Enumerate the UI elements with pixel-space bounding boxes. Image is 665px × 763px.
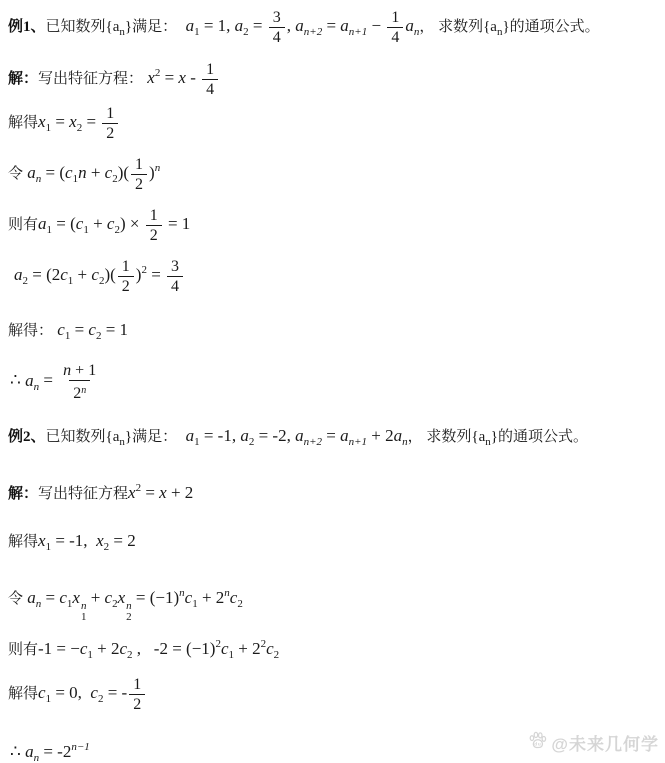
math-op: ) ×: [120, 214, 144, 233]
superscript: n: [155, 162, 161, 174]
text-run: }满足：: [125, 19, 177, 35]
math-op: =: [39, 371, 57, 390]
math-op: =: [51, 112, 69, 131]
text-run: 写出特征方程: [38, 486, 128, 502]
text-run-bold: 解：: [8, 71, 38, 87]
math-op: -: [186, 68, 200, 87]
math-op: )(: [104, 265, 115, 284]
svg-text:du: du: [535, 741, 542, 747]
fraction-numerator: 1: [102, 104, 118, 123]
superscript: n: [81, 385, 86, 396]
math-op: 1: [106, 105, 114, 122]
math-op: 1: [122, 258, 130, 275]
math-op: = -2: [39, 742, 71, 761]
math-op: 2: [135, 176, 143, 193]
math-op: =: [322, 426, 340, 445]
text-run: ， 求数列{a: [419, 19, 497, 35]
math-op: = 0,: [51, 683, 90, 702]
text-run: 则有: [8, 217, 38, 233]
math-op: 1: [133, 676, 141, 693]
math-op: −: [367, 16, 385, 35]
math-op: , -2 = (−1): [133, 639, 216, 658]
math-var-sub: c2: [105, 590, 118, 607]
fraction-numerator: n + 1: [59, 361, 100, 380]
math-op: 1: [206, 61, 214, 78]
text-run-bold: 解：: [8, 486, 38, 502]
math-var-sub: a1: [186, 18, 200, 35]
math-op: + 1: [71, 362, 96, 379]
ex2-result: ∴ an = -2n−1: [10, 735, 90, 763]
fraction-denominator: 2n: [69, 380, 90, 403]
math-var-sub: an+2: [295, 428, 322, 445]
fraction-denominator: 2: [131, 174, 147, 194]
math-op: [177, 16, 186, 35]
math-var: n: [63, 362, 71, 379]
math-var-sub: c1: [76, 216, 89, 233]
math-var-sub: a2: [240, 428, 254, 445]
math-op: +: [73, 265, 91, 284]
math-op: + 2: [367, 426, 394, 445]
ex1-step-constants: 解得： c1 = c2 = 1: [8, 318, 128, 348]
math-var: n: [78, 163, 87, 182]
math-op: = 2: [109, 531, 136, 550]
fraction: 12: [146, 206, 162, 245]
math-op: =: [82, 112, 100, 131]
math-op: =: [147, 265, 165, 284]
math-op: +: [87, 163, 105, 182]
math-var: x: [178, 68, 186, 87]
text-run-bold: 例2、: [8, 429, 46, 445]
math-op: 1: [391, 9, 399, 26]
math-var-sub: c1: [57, 322, 70, 339]
math-var-sub: c1: [185, 590, 198, 607]
fraction-numerator: 1: [146, 206, 162, 225]
math-op: = 1,: [200, 16, 235, 35]
fraction-denominator: 4: [269, 27, 285, 47]
text-run: 令: [8, 591, 23, 607]
math-var-sub: x1: [38, 533, 51, 550]
math-op: ∴: [10, 371, 25, 390]
math-op: -1 = −: [38, 639, 80, 658]
math-var-sub: an: [405, 18, 419, 35]
ex2-title: 例2、已知数列{an}满足： a1 = -1, a2 = -2, an+2 = …: [8, 424, 588, 454]
fraction-denominator: 4: [202, 79, 218, 99]
text-run: }满足：: [125, 429, 177, 445]
math-op: =: [70, 320, 88, 339]
math-op: = (−1): [132, 588, 180, 607]
fraction-numerator: 3: [167, 257, 183, 276]
math-var-sub: an+1: [340, 18, 367, 35]
math-op: 2: [122, 278, 130, 295]
math-var-sub: x2: [69, 114, 82, 131]
math-op: + 2: [198, 588, 225, 607]
math-var-sup: x2: [128, 485, 141, 502]
math-op: 4: [171, 278, 179, 295]
math-var-sub: c2: [90, 685, 103, 702]
math-op: = -: [103, 683, 127, 702]
ex2-step-equations: 则有-1 = −c1 + 2c2 , -2 = (−1)2c1 + 22c2: [8, 632, 279, 667]
math-var-sub: c2: [120, 641, 133, 658]
ex1-step-a1-equation: 则有a1 = (c1 + c2) × 12 = 1: [8, 206, 190, 245]
text-run: }的通项公式。: [491, 429, 588, 445]
math-var-sub: c2: [105, 165, 118, 182]
math-op: = (: [52, 214, 76, 233]
math-op: 4: [206, 81, 214, 98]
text-run: 则有: [8, 642, 38, 658]
watermark-text: @未来几何学: [551, 730, 659, 755]
math-var-sub: c2: [91, 267, 104, 284]
math-op: =: [322, 16, 340, 35]
math-op: + 2: [234, 639, 261, 658]
math-var-sub: c1: [60, 267, 73, 284]
math-op: 2: [133, 696, 141, 713]
text-run: 已知数列{a: [46, 19, 120, 35]
math-var-sub: c2: [107, 216, 120, 233]
fraction: 14: [202, 60, 218, 99]
text-run: }的通项公式。: [502, 19, 599, 35]
text-run: 解得：: [8, 323, 53, 339]
fraction: 34: [167, 257, 183, 296]
subscript: 2: [274, 649, 280, 661]
fraction-denominator: 2: [118, 276, 134, 296]
subscript: 2: [126, 612, 132, 622]
math-op: = -2,: [254, 426, 295, 445]
math-op: = 1: [164, 214, 191, 233]
watermark: du @未来几何学: [528, 730, 659, 755]
math-var-sub: an+1: [340, 428, 367, 445]
fraction-denominator: 2: [129, 694, 145, 714]
text-run: 解得: [8, 686, 38, 702]
text-run: ， 求数列{a: [408, 429, 486, 445]
math-op: = -1,: [51, 531, 96, 550]
fraction-numerator: 1: [387, 8, 403, 27]
fraction-numerator: 1: [129, 675, 145, 694]
math-op: )(: [118, 163, 129, 182]
math-op: [177, 426, 186, 445]
math-var-supsub: xn2: [118, 590, 132, 607]
fraction-numerator: 1: [202, 60, 218, 79]
text-run: 解得: [8, 534, 38, 550]
ex2-step-constants: 解得c1 = 0, c2 = -12: [8, 675, 147, 714]
math-var-sub: an: [27, 165, 41, 182]
text-run-bold: 例1、: [8, 19, 46, 35]
document-page: 例1、已知数列{an}满足： a1 = 1, a2 = 34, an+2 = a…: [0, 0, 665, 763]
baidu-paw-icon: du: [528, 731, 547, 755]
math-var-sub: x1: [38, 114, 51, 131]
fraction: 14: [387, 8, 403, 47]
math-var-sub: c1: [221, 641, 234, 658]
math-var-sub: a1: [38, 216, 52, 233]
fraction: 34: [269, 8, 285, 47]
subscript: n+1: [349, 436, 367, 448]
ex2-step-general-form: 令 an = c1xn1 + c2xn2 = (−1)nc1 + 2nc2: [8, 581, 243, 622]
math-op: +: [86, 588, 104, 607]
ex1-result: ∴ an = n + 12n: [10, 361, 102, 403]
fraction-denominator: 2: [102, 123, 118, 143]
math-op: +: [89, 214, 107, 233]
math-var-sub: a1: [186, 428, 200, 445]
fraction-denominator: 4: [167, 276, 183, 296]
math-op: + 2: [93, 639, 120, 658]
subscript: n+2: [304, 26, 322, 38]
subscript: 1: [81, 612, 87, 622]
math-op: =: [160, 68, 178, 87]
math-op: + 2: [167, 483, 194, 502]
math-var-sub: an: [25, 373, 39, 390]
math-op: =: [141, 483, 159, 502]
math-var-supsub: xn1: [72, 590, 86, 607]
math-var-sub: a2: [235, 18, 249, 35]
ex2-step-roots: 解得x1 = -1, x2 = 2: [8, 529, 136, 559]
text-run: 写出特征方程：: [38, 71, 143, 87]
fraction-denominator: 2: [146, 225, 162, 245]
fraction: 12: [102, 104, 118, 143]
math-op: = -1,: [200, 426, 241, 445]
math-op: = (: [41, 163, 65, 182]
fraction-denominator: 4: [387, 27, 403, 47]
math-op: = (2: [28, 265, 60, 284]
math-op: ,: [287, 16, 296, 35]
math-op: =: [249, 16, 267, 35]
ex1-step-a2-equation: a2 = (2c1 + c2)(12)2 = 34: [14, 257, 185, 296]
fraction: 12: [129, 675, 145, 714]
math-var-sub: c1: [80, 641, 93, 658]
math-op: 2: [73, 385, 81, 402]
fraction: 12: [118, 257, 134, 296]
ex1-step-characteristic-eq: 解：写出特征方程： x2 = x - 14: [8, 60, 220, 99]
math-op: 4: [273, 29, 281, 46]
math-op: ∴: [10, 742, 25, 761]
fraction: 12: [131, 155, 147, 194]
math-op: 4: [391, 29, 399, 46]
superscript: n−1: [71, 741, 89, 753]
subscript: n+1: [349, 26, 367, 38]
math-op: 2: [150, 227, 158, 244]
math-var-sub: an+2: [295, 18, 322, 35]
math-var-sub: c2: [88, 322, 101, 339]
math-var: x: [159, 483, 167, 502]
math-op: 1: [135, 156, 143, 173]
text-run: 解得: [8, 115, 38, 131]
fraction: n + 12n: [59, 361, 100, 403]
ex2-step-characteristic-eq: 解：写出特征方程x2 = x + 2: [8, 476, 193, 506]
math-var-sub: c1: [38, 685, 51, 702]
math-var-sub: c1: [59, 590, 72, 607]
ex1-title: 例1、已知数列{an}满足： a1 = 1, a2 = 34, an+2 = a…: [8, 8, 600, 47]
math-var-sub: x2: [96, 533, 109, 550]
fraction-numerator: 3: [269, 8, 285, 27]
math-var-sub: c1: [65, 165, 78, 182]
ex1-step-roots: 解得x1 = x2 = 12: [8, 104, 120, 143]
math-op: 3: [171, 258, 179, 275]
subscript: 2: [237, 598, 243, 610]
text-run: 令: [8, 166, 23, 182]
subscript: n+2: [304, 436, 322, 448]
text-run: 已知数列{a: [46, 429, 120, 445]
math-op: 1: [150, 207, 158, 224]
fraction-numerator: 1: [118, 257, 134, 276]
math-var-sub: an: [27, 590, 41, 607]
math-var-sub: c2: [266, 641, 279, 658]
math-op: = 1: [101, 320, 128, 339]
math-var-sub: a2: [14, 267, 28, 284]
math-var-sub: an: [25, 744, 39, 761]
math-var-sub: c2: [230, 590, 243, 607]
fraction-numerator: 1: [131, 155, 147, 174]
ex1-step-general-form: 令 an = (c1n + c2)(12)n: [8, 155, 160, 194]
math-op: =: [41, 588, 59, 607]
math-op: 2: [106, 125, 114, 142]
math-op: 3: [273, 9, 281, 26]
math-var-sup: x2: [147, 70, 160, 87]
math-var-sub: an: [394, 428, 408, 445]
